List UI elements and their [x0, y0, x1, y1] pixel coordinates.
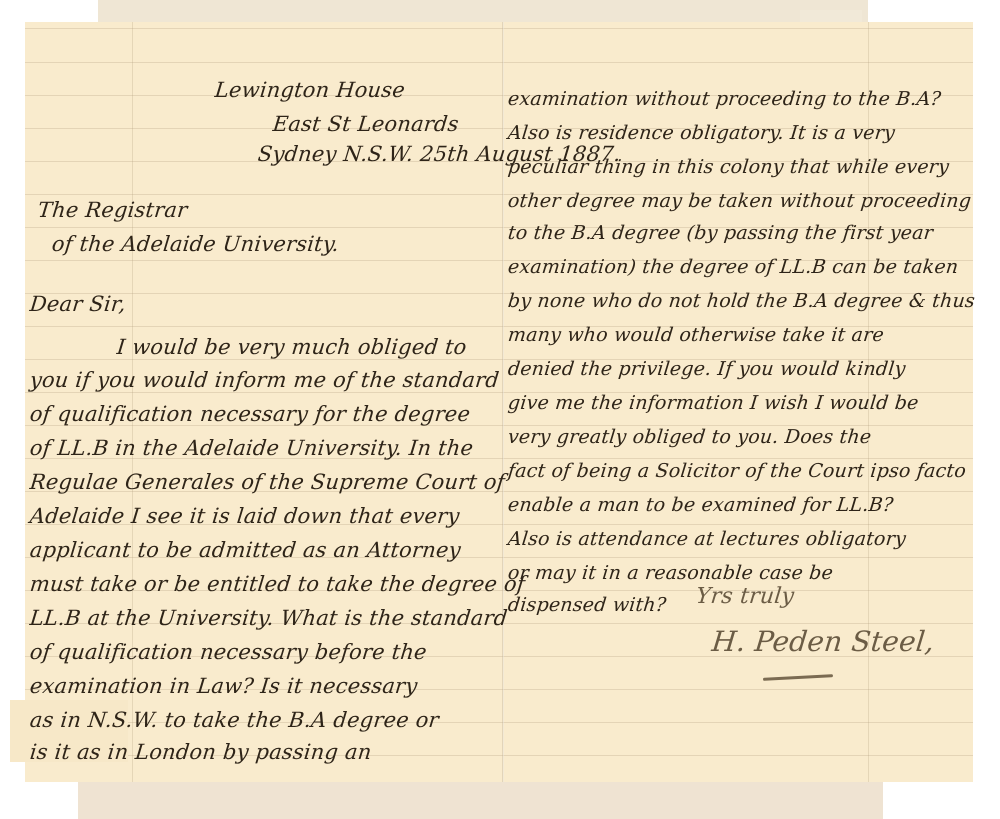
- left-line-5: Regulae Generales of the Supreme Court o…: [29, 470, 506, 494]
- left-line-12: as in N.S.W. to take the B.A degree or: [29, 708, 440, 732]
- left-line-9: LL.B at the University. What is the stan…: [29, 606, 509, 630]
- address-line-2: East St Leonards: [272, 112, 460, 136]
- back-sheet-top-edge: [98, 0, 868, 24]
- right-line-3: peculiar thing in this colony that while…: [507, 156, 950, 178]
- right-line-12: fact of being a Solicitor of the Court i…: [507, 460, 967, 482]
- left-line-8: must take or be entitled to take the deg…: [29, 572, 526, 596]
- left-line-2: you if you would inform me of the standa…: [29, 368, 501, 392]
- left-line-3: of qualification necessary for the degre…: [29, 402, 472, 426]
- signature: H. Peden Steel,: [710, 625, 936, 658]
- right-line-9: denied the privilege. If you would kindl…: [507, 358, 907, 380]
- right-line-13: enable a man to be examined for LL.B?: [507, 494, 895, 516]
- left-line-4: of LL.B in the Adelaide University. In t…: [29, 436, 475, 460]
- left-line-1: I would be very much obliged to: [116, 335, 468, 359]
- left-line-6: Adelaide I see it is laid down that ever…: [29, 504, 461, 528]
- right-line-7: by none who do not hold the B.A degree &…: [507, 290, 976, 312]
- left-line-10: of qualification necessary before the: [29, 640, 428, 664]
- right-line-10: give me the information I wish I would b…: [507, 392, 920, 414]
- recipient-line-1: The Registrar: [37, 198, 189, 222]
- right-line-4: other degree may be taken without procee…: [507, 190, 973, 212]
- right-line-16: dispensed with?: [507, 594, 668, 616]
- left-line-7: applicant to be admitted as an Attorney: [29, 538, 462, 562]
- recipient-line-2: of the Adelaide University.: [51, 232, 341, 256]
- right-line-6: examination) the degree of LL.B can be t…: [507, 256, 960, 278]
- left-line-11: examination in Law? Is it necessary: [29, 674, 419, 698]
- closing: Yrs truly: [695, 584, 796, 609]
- salutation: Dear Sir,: [29, 292, 127, 316]
- right-line-15: or may it in a reasonable case be: [507, 562, 834, 584]
- right-line-8: many who would otherwise take it are: [507, 324, 885, 346]
- left-line-13: is it as in London by passing an: [29, 740, 373, 764]
- address-line-1: Lewington House: [214, 78, 407, 102]
- fold-crease-center: [502, 22, 504, 782]
- right-line-14: Also is attendance at lectures obligator…: [507, 528, 907, 550]
- back-sheet-bottom-edge: [78, 780, 883, 819]
- right-line-5: to the B.A degree (by passing the first …: [507, 222, 934, 244]
- right-line-1: examination without proceeding to the B.…: [507, 88, 942, 110]
- right-line-11: very greatly obliged to you. Does the: [507, 426, 873, 448]
- right-line-2: Also is residence obligatory. It is a ve…: [507, 122, 896, 144]
